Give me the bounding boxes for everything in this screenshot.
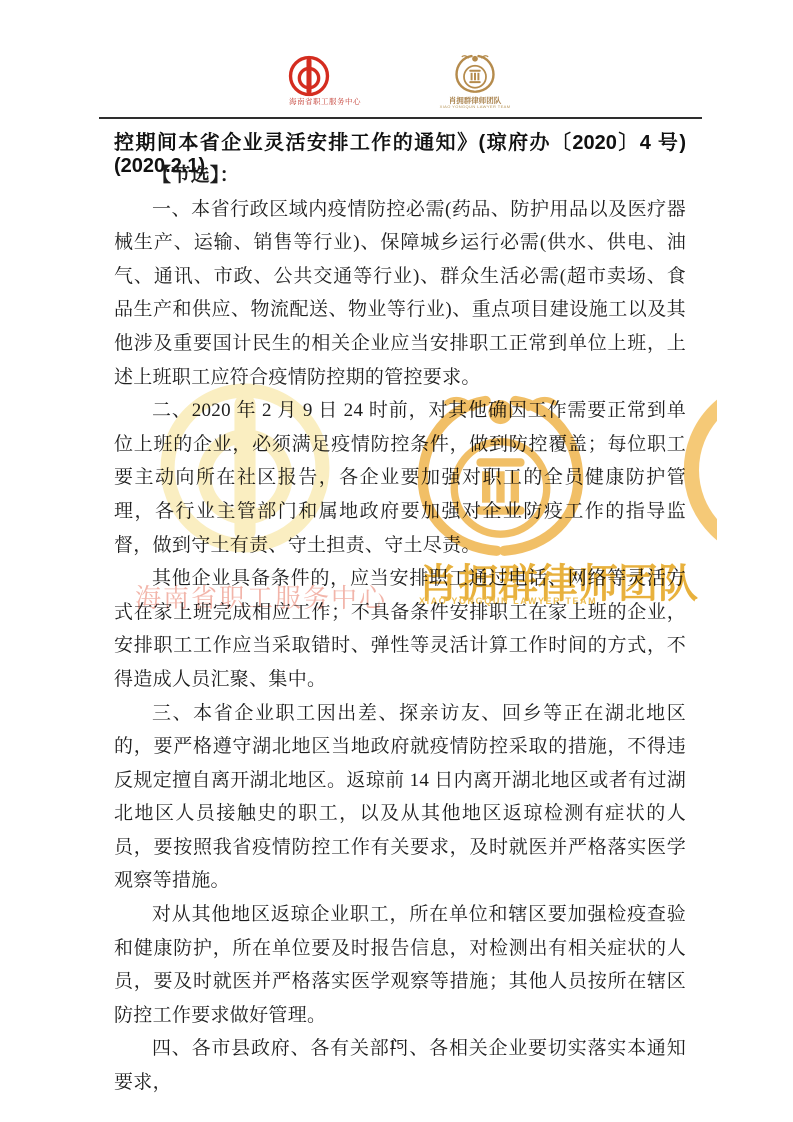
excerpt-label: 【节选】： bbox=[114, 159, 686, 193]
union-logo-caption: 海南省职工服务中心 bbox=[265, 96, 385, 107]
paragraph-3: 其他企业具备条件的，应当安排职工通过电话、网络等灵活方式在家上班完成相应工作；不… bbox=[114, 562, 686, 696]
paragraph-2: 二、2020 年 2 月 9 日 24 时前，对其他确因工作需要正常到单位上班的… bbox=[114, 394, 686, 562]
document-body: 【节选】： 一、本省行政区域内疫情防控必需(药品、防护用品以及医疗器械生产、运输… bbox=[114, 159, 686, 1100]
union-logo-icon bbox=[288, 55, 330, 97]
header-divider bbox=[99, 117, 702, 119]
paragraph-1: 一、本省行政区域内疫情防控必需(药品、防护用品以及医疗器械生产、运输、销售等行业… bbox=[114, 193, 686, 395]
paragraph-4: 三、本省企业职工因出差、探亲访友、回乡等正在湖北地区的，要严格遵守湖北地区当地政… bbox=[114, 697, 686, 899]
lawyer-team-caption-en: XIAO YONGQUN LAWYER TEAM bbox=[430, 104, 520, 109]
paragraph-6: 四、各市县政府、各有关部门、各相关企业要切实落实本通知要求， bbox=[114, 1032, 686, 1099]
paragraph-5: 对从其他地区返琼企业职工，所在单位和辖区要加强检疫查验和健康防护，所在单位要及时… bbox=[114, 898, 686, 1032]
lawyer-team-logo-icon bbox=[451, 53, 499, 97]
document-page: 海南省职工服务中心 肖拥群律师团队 XIAO YONGQUN LAWYER TE… bbox=[0, 0, 793, 1122]
